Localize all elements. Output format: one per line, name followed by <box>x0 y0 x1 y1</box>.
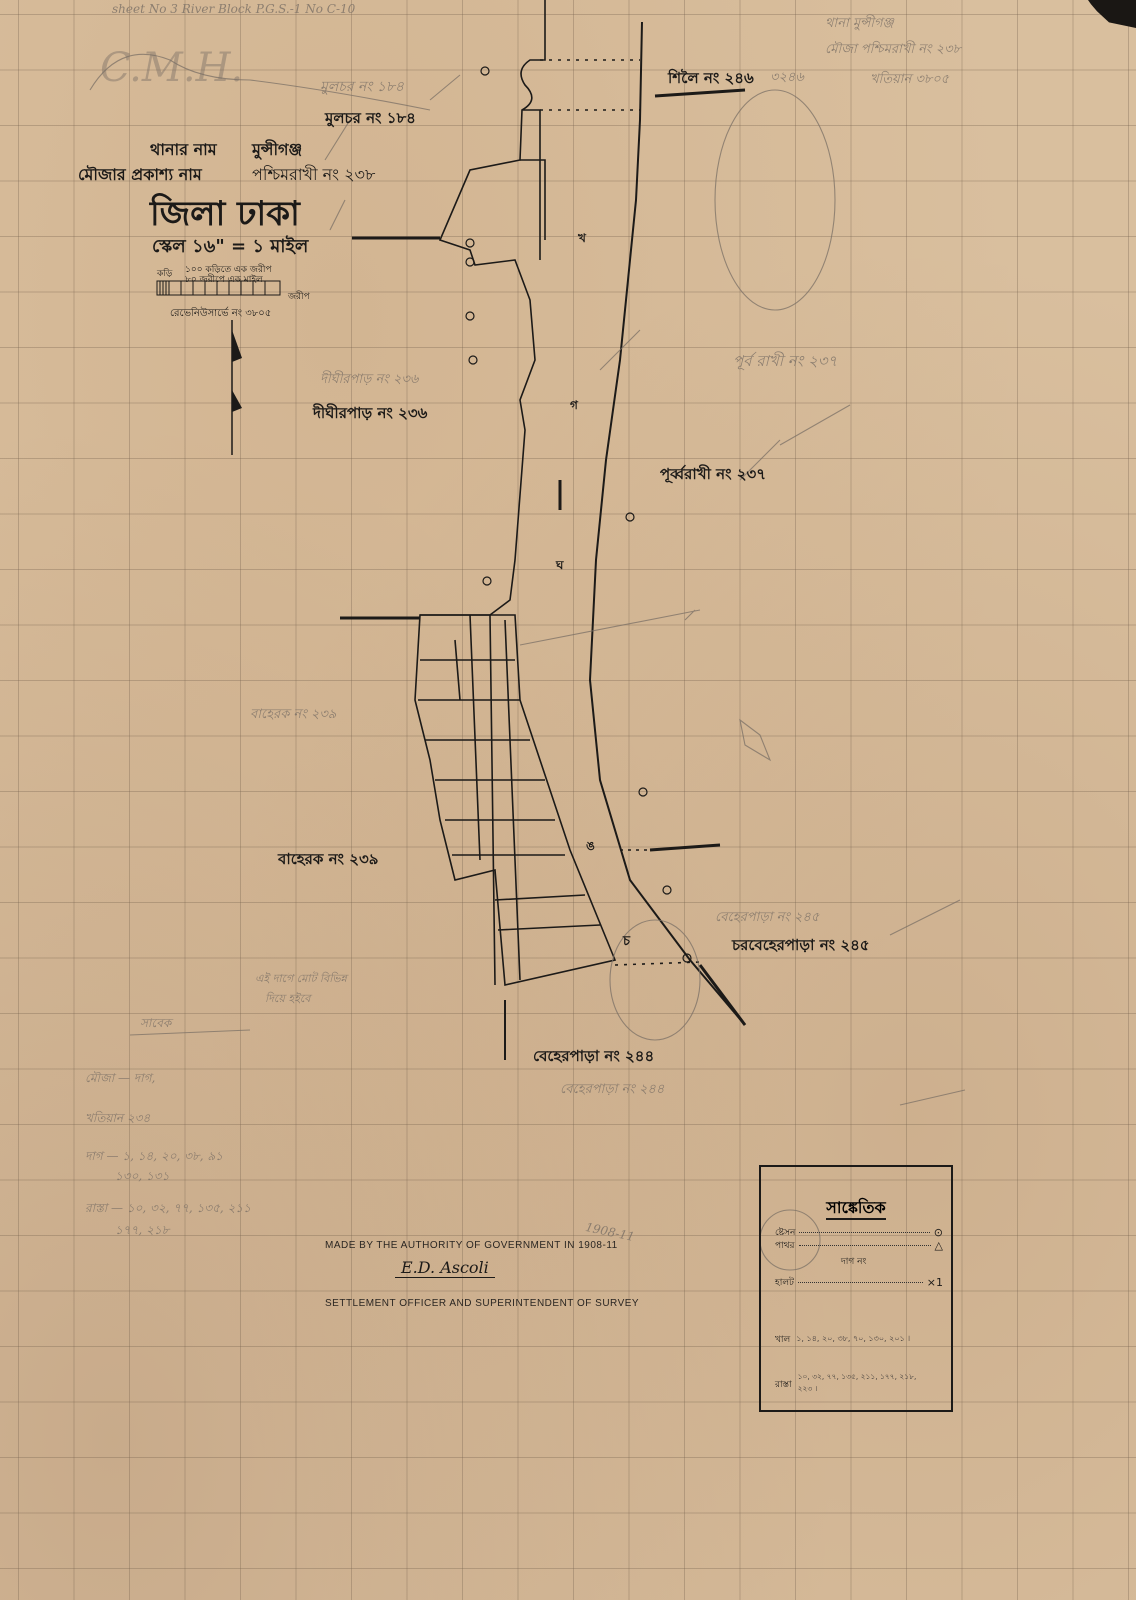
village-label-purbarakhi: পূর্ব্বরাখী নং ২৩৭ <box>660 463 766 488</box>
legend-box: সাঙ্কেতিক ষ্টেসন⊙ পাথর△ দাগ নং হালট×1 খা… <box>759 1165 953 1412</box>
pencil-note-beherpara: বেহেরপাড়া নং ২৪৪ <box>560 1080 664 1101</box>
officer-title: SETTLEMENT OFFICER AND SUPERINTENDENT OF… <box>325 1298 639 1309</box>
halat-icon: ×1 <box>927 1276 943 1289</box>
pencil-note-sabek: সাবেক <box>140 1015 171 1035</box>
pencil-note-thana: থানা মুন্সীগঞ্জ <box>825 14 894 35</box>
signature: E.D. Ascoli <box>395 1258 495 1278</box>
pencil-note-mouza-dag: মৌজা — দাগ, <box>85 1070 155 1090</box>
pencil-note-mouza: মৌজা পশ্চিমরাখী নং ২৩৮ <box>825 40 961 61</box>
village-label-baherak: বাহেরক নং ২৩৯ <box>278 848 378 873</box>
pencil-note-baherak: বাহেরক নং ২৩৯ <box>250 705 336 726</box>
pencil-note-rasta-list-2: ১৭৭, ২১৮ <box>115 1222 169 1242</box>
pencil-initials: C.M.H. <box>100 45 243 91</box>
thana-label: থানার নাম <box>150 137 217 164</box>
pencil-note-shilai: ৩২৪৬ <box>770 68 804 89</box>
revenue-survey-number: রেভেনিউসার্ভে নং ৩৮০৫ <box>170 306 271 323</box>
map-symbol: গ <box>570 397 578 417</box>
authority-line: MADE BY THE AUTHORITY OF GOVERNMENT IN 1… <box>325 1240 618 1251</box>
pencil-note-charbeherpara: বেহেরপাড়া নং ২৪৫ <box>715 908 819 929</box>
map-symbol: ঘ <box>556 557 563 577</box>
pencil-note-purbarakhi: পূর্ব রাখী নং ২৩৭ <box>733 350 837 375</box>
pencil-note-dag-list-2: ১৩০, ১৩১ <box>115 1168 169 1188</box>
legend-row-stone: পাথর△ <box>775 1238 943 1253</box>
legend-title: সাঙ্কেতিক <box>761 1195 951 1222</box>
scale-line-2: ৮০ জরীপে এক মাইল <box>185 272 263 287</box>
pencil-note-mid-2: দিয়ে হইবে <box>265 990 310 1009</box>
legend-row-dag: দাগ নং <box>841 1254 943 1269</box>
mouza-value: পশ্চিমরাখী নং ২৩৮ <box>252 162 375 189</box>
stone-icon: △ <box>935 1239 943 1252</box>
pencil-note-mulchar: মুলচর নং ১৮৪ <box>320 75 404 99</box>
village-label-shilai: শিলৈ নং ২৪৬ <box>668 67 754 92</box>
north-arrow-icon <box>232 320 242 455</box>
scale-left-label: কড়ি <box>157 266 172 281</box>
scale-right-label: জরীপ <box>288 289 310 304</box>
village-label-dighirpar: দীঘীরপাড় নং ২৩৬ <box>313 402 427 427</box>
pencil-note-mid: এই দাগে মোট বিভিন্ন <box>255 970 347 989</box>
legend-row-halat: হালট×1 <box>775 1275 943 1290</box>
village-label-mulchar: মুলচর নং ১৮৪ <box>325 107 416 132</box>
village-label-charbeherpara: চরবেহেরপাড়া নং ২৪৫ <box>732 934 870 959</box>
legend-row-khal: খাল১, ১৪, ২০, ৩৮, ৭০, ১৩০, ২০১ । <box>775 1332 943 1347</box>
pencil-note-dag-list: দাগ — ১, ১৪, ২০, ৩৮, ৯১ <box>85 1148 223 1168</box>
sheet-number-note: sheet No 3 River Block P.G.S.-1 No C-10 <box>112 2 355 16</box>
map-symbol: ঙ <box>586 838 595 858</box>
legend-row-rasta: রাস্তা১০, ৩২, ৭৭, ১৩৫, ২১১, ১৭৭, ২১৮, ২২… <box>775 1372 943 1396</box>
map-sheet: sheet No 3 River Block P.G.S.-1 No C-10 … <box>0 0 1136 1600</box>
pencil-note-dighirpar: দীঘীরপাড় নং ২৩৬ <box>320 370 418 391</box>
mouza-label: মৌজার প্রকাশ্য নাম <box>78 162 202 189</box>
map-symbol: খ <box>578 230 586 250</box>
pencil-note-khatian: খতিয়ান ৩৮০৫ <box>870 70 949 91</box>
pencil-note-rasta-list: রাস্তা — ১০, ৩২, ৭৭, ১৩৫, ২১১ <box>85 1200 251 1220</box>
scale-text: স্কেল ১৬" = ১ মাইল <box>152 232 308 263</box>
pencil-note-khatian-left: খতিয়ান ২৩৪ <box>85 1110 150 1130</box>
village-label-beherpara: বেহেরপাড়া নং ২৪৪ <box>533 1045 654 1070</box>
map-symbol: চ <box>623 932 630 953</box>
thana-value: মুন্সীগঞ্জ <box>252 137 302 164</box>
